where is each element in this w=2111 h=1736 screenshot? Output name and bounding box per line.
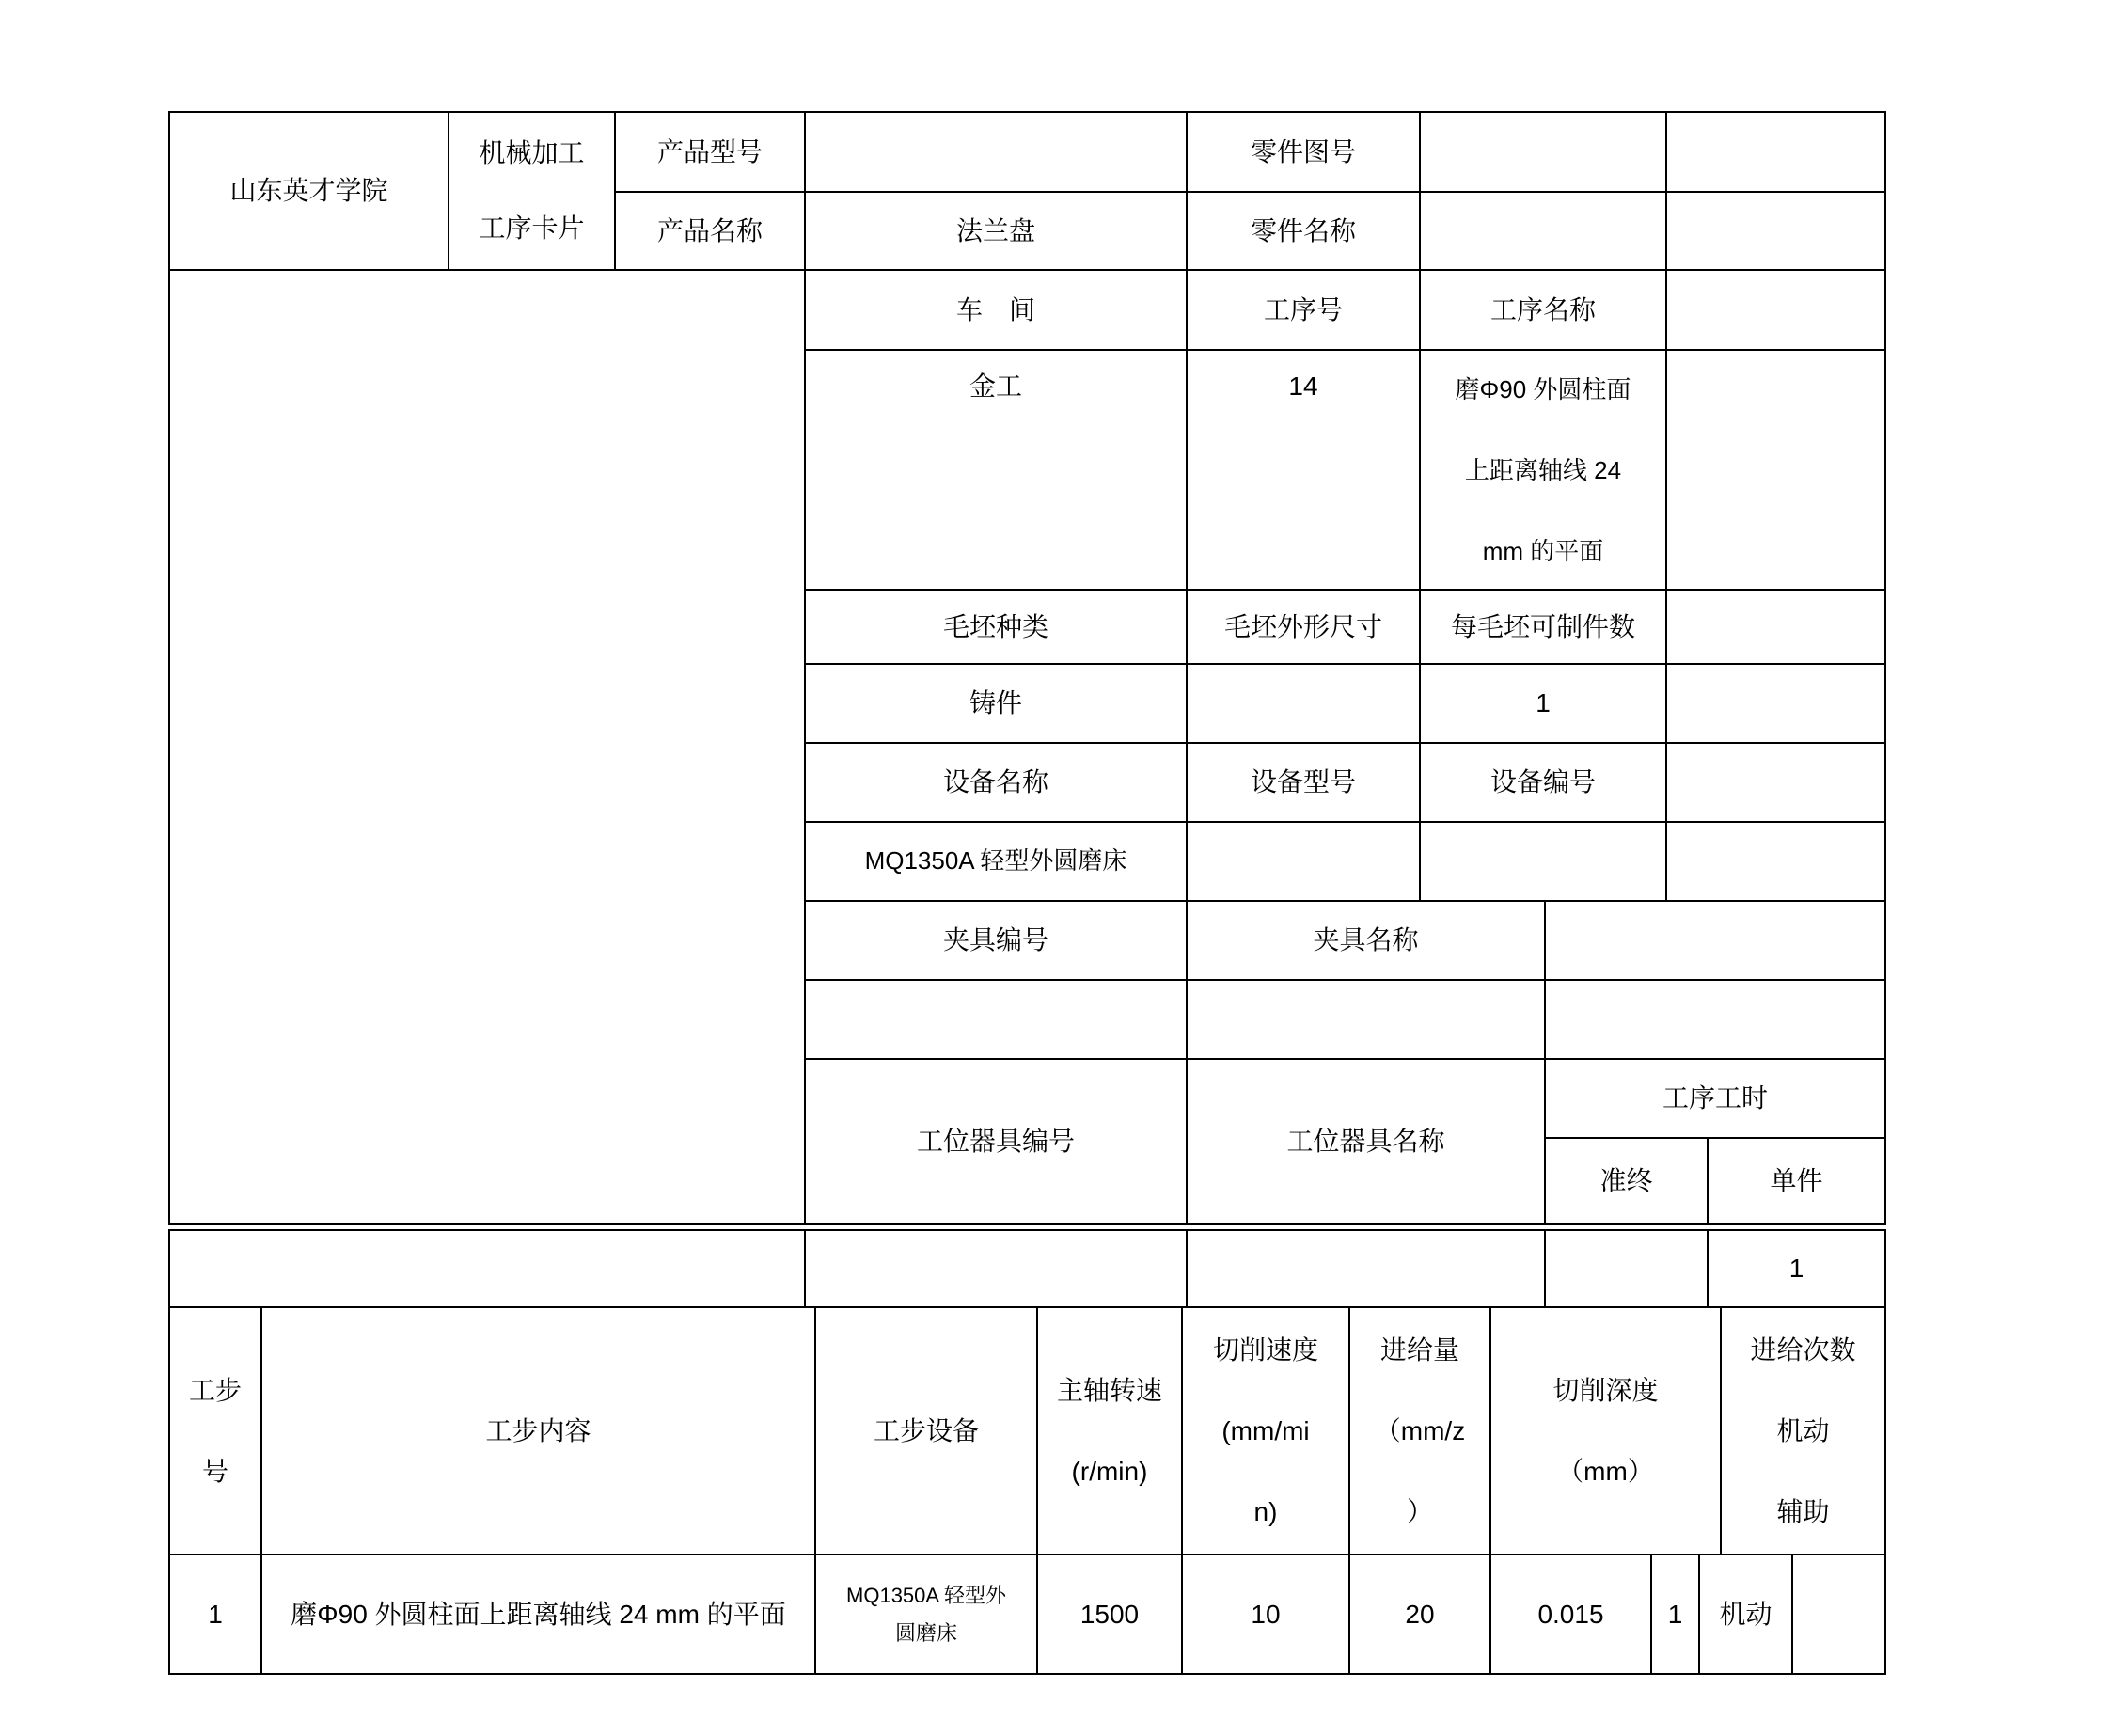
info-spare-cell-1 — [1666, 270, 1885, 350]
feed-cell: 20 — [1349, 1555, 1490, 1674]
process-hours-label: 工序工时 — [1545, 1059, 1885, 1138]
product-name-value: 法兰盘 — [805, 192, 1187, 270]
info-spare-cell-6 — [1666, 822, 1885, 901]
equipment-model-label: 设备型号 — [1187, 743, 1420, 822]
fixture-spare-cell-2 — [1545, 980, 1885, 1059]
pass-mode-cell: 机动 — [1699, 1555, 1792, 1674]
per-piece-value: 1 — [1708, 1230, 1885, 1307]
equipment-no-value — [1420, 822, 1666, 901]
card-type-cell: 机械加工 工序卡片 — [449, 112, 615, 270]
equipment-name-value: MQ1350A 轻型外圆磨床 — [805, 822, 1187, 901]
workshop-label: 车 间 — [805, 270, 1187, 350]
part-drawing-area — [169, 270, 805, 1224]
title-spare-cell-bottom — [1666, 192, 1885, 270]
fixture-name-label: 夹具名称 — [1187, 901, 1545, 980]
gap-cell-1 — [169, 1230, 805, 1307]
gap-cell-2 — [805, 1230, 1187, 1307]
gap-cell-3 — [1187, 1230, 1545, 1307]
blank-type-value: 铸件 — [805, 664, 1187, 743]
cutting-depth-header: 切削深度 （mm） — [1490, 1307, 1721, 1555]
prep-finish-value — [1545, 1230, 1708, 1307]
info-spare-cell-3 — [1666, 590, 1885, 664]
feed-header: 进给量 （mm/z ） — [1349, 1307, 1490, 1555]
process-card-upper-table: 山东英才学院 机械加工 工序卡片 产品型号 零件图号 产品名称 法兰盘 零件名称… — [168, 111, 1886, 1225]
parts-per-blank-value: 1 — [1420, 664, 1666, 743]
info-spare-cell-5 — [1666, 743, 1885, 822]
process-no-label: 工序号 — [1187, 270, 1420, 350]
product-model-value — [805, 112, 1187, 192]
cutting-speed-header: 切削速度 (mm/mi n) — [1182, 1307, 1349, 1555]
process-name-value: 磨Φ90 外圆柱面 上距离轴线 24 mm 的平面 — [1420, 350, 1666, 590]
part-drawing-no-value — [1420, 112, 1666, 192]
blank-size-value — [1187, 664, 1420, 743]
equipment-name-label: 设备名称 — [805, 743, 1187, 822]
fixture-no-value — [805, 980, 1187, 1059]
fixture-spare-cell-1 — [1545, 901, 1885, 980]
spindle-speed-cell: 1500 — [1037, 1555, 1182, 1674]
per-piece-label: 单件 — [1708, 1138, 1885, 1224]
fixture-no-label: 夹具编号 — [805, 901, 1187, 980]
step-no-cell: 1 — [169, 1555, 261, 1674]
info-spare-cell-2 — [1666, 350, 1885, 590]
passes-count-cell: 1 — [1651, 1555, 1699, 1674]
part-drawing-no-label: 零件图号 — [1187, 112, 1420, 192]
tooling-name-label: 工位器具名称 — [1187, 1059, 1545, 1224]
product-name-label: 产品名称 — [615, 192, 805, 270]
product-model-label: 产品型号 — [615, 112, 805, 192]
cutting-speed-cell: 10 — [1182, 1555, 1349, 1674]
step-equipment-cell: MQ1350A 轻型外 圆磨床 — [815, 1555, 1037, 1674]
process-card-page: 山东英才学院 机械加工 工序卡片 产品型号 零件图号 产品名称 法兰盘 零件名称… — [0, 0, 2111, 1736]
part-name-value — [1420, 192, 1666, 270]
aux-cell — [1792, 1555, 1885, 1674]
step-content-cell: 磨Φ90 外圆柱面上距离轴线 24 mm 的平面 — [261, 1555, 815, 1674]
title-spare-cell-top — [1666, 112, 1885, 192]
process-name-label: 工序名称 — [1420, 270, 1666, 350]
cutting-depth-cell: 0.015 — [1490, 1555, 1651, 1674]
step-no-header: 工步 号 — [169, 1307, 261, 1555]
blank-size-label: 毛坯外形尺寸 — [1187, 590, 1420, 664]
steps-table: 1 工步 号 工步内容 工步设备 主轴转速 (r/min) 切削速度 (mm/m… — [168, 1229, 1886, 1675]
fixture-name-value — [1187, 980, 1545, 1059]
process-no-value: 14 — [1187, 350, 1420, 590]
step-equipment-header: 工步设备 — [815, 1307, 1037, 1555]
step-content-header: 工步内容 — [261, 1307, 815, 1555]
parts-per-blank-label: 每毛坯可制件数 — [1420, 590, 1666, 664]
equipment-model-value — [1187, 822, 1420, 901]
prep-finish-label: 准终 — [1545, 1138, 1708, 1224]
passes-header: 进给次数 机动 辅助 — [1721, 1307, 1885, 1555]
blank-type-label: 毛坯种类 — [805, 590, 1187, 664]
school-name-cell: 山东英才学院 — [169, 112, 449, 270]
tooling-no-label: 工位器具编号 — [805, 1059, 1187, 1224]
info-spare-cell-4 — [1666, 664, 1885, 743]
equipment-no-label: 设备编号 — [1420, 743, 1666, 822]
part-name-label: 零件名称 — [1187, 192, 1420, 270]
spindle-speed-header: 主轴转速 (r/min) — [1037, 1307, 1182, 1555]
workshop-value: 金工 — [805, 350, 1187, 590]
